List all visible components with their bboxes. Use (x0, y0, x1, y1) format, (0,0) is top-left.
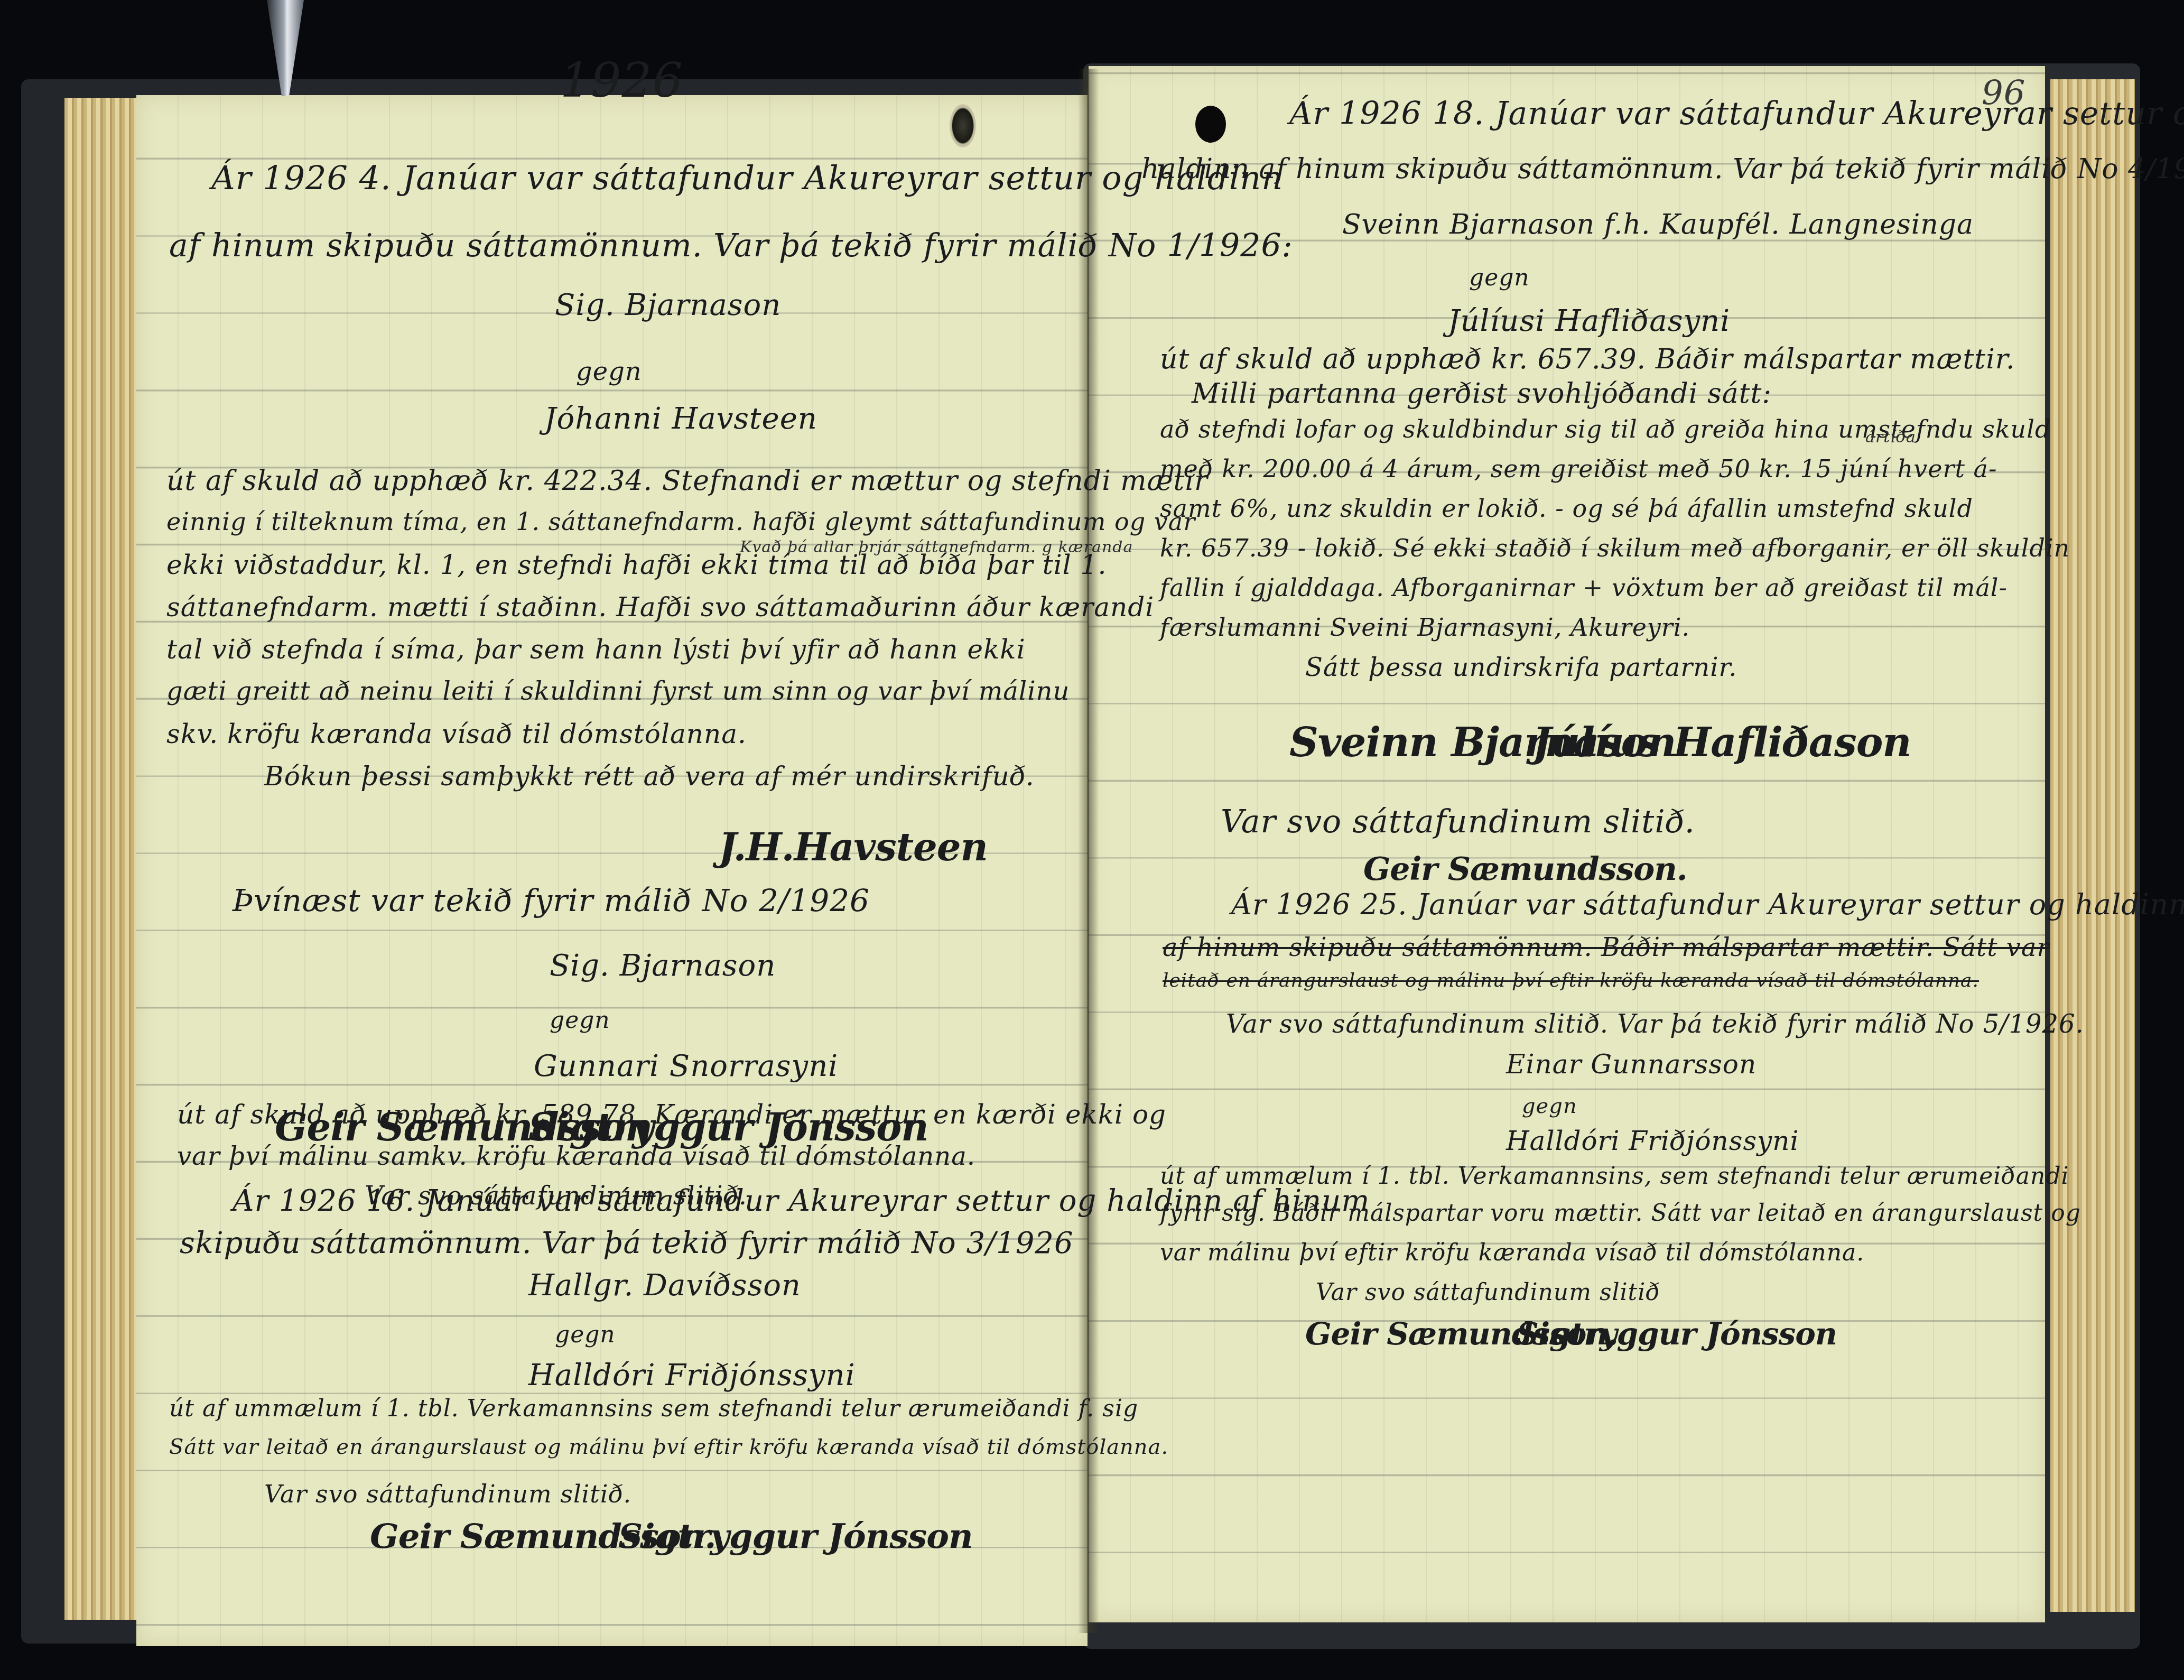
entry4-body: fallin í gjalddaga. Afborganirnar + vöxt… (1160, 573, 2008, 602)
entry4-plaintiff: Sveinn Bjarnason f.h. Kaupfél. Langnesin… (1342, 209, 1974, 240)
entry5-body: var málinu því eftir kröfu kæranda vísað… (1160, 1239, 1864, 1266)
entry1-line: af hinum skipuðu sáttamönnum. Var þá tek… (169, 227, 1293, 264)
entry1-defendant: Jóhanni Havsteen (544, 402, 817, 436)
entry2-line: Þvínæst var tekið fyrir málið No 2/1926 (233, 883, 870, 918)
entry5-line: Var svo sáttafundinum slitið. Var þá tek… (1226, 1009, 2084, 1039)
entry4-body: Sátt þessa undirskrifa partarnir. (1305, 653, 1737, 682)
right-page (1089, 66, 2045, 1622)
entry5-line: af hinum skipuðu sáttamönnum. Báðir máls… (1163, 933, 2050, 962)
entry4-body: samt 6%, unz skuldin er lokið. - og sé þ… (1160, 494, 1973, 523)
entry5-line-struck: leitað en árangurslaust og málinu því ef… (1163, 970, 1979, 991)
entry1-plaintiff: Sig. Bjarnason (555, 288, 781, 322)
entry4-body: færslumanni Sveini Bjarnasyni, Akureyri. (1160, 613, 1690, 642)
entry3-line-text: skipuðu sáttamönnum. Var þá tekið fyrir … (180, 1226, 1074, 1260)
entry1-body: sáttanefndarm. mætti í staðinn. Hafði sv… (166, 592, 1154, 623)
entry4-signature-defendant: Júlíus Hafliðason (1532, 719, 1911, 766)
year-heading: 1926 (560, 53, 683, 108)
entry5-versus: gegn (1522, 1094, 1577, 1118)
entry1-line: Ár 1926 4. Janúar var sáttafundur Akurey… (211, 159, 1283, 197)
entry2-plaintiff: Sig. Bjarnason (550, 949, 776, 983)
entry3-signature-member: Sigtryggur Jónsson (618, 1517, 973, 1556)
entry3-defendant: Halldóri Friðjónssyni (528, 1358, 856, 1393)
entry3-body: Sátt var leitað en árangurslaust og máli… (169, 1435, 1168, 1459)
entry1-body: út af skuld að upphæð kr. 422.34. Stefna… (166, 465, 1208, 497)
entry4-insertion: ártíða (1865, 428, 1916, 447)
entry5-body: fyrir sig. Báðir málspartar voru mættir.… (1160, 1200, 2081, 1227)
entry1-body: Bókun þessi samþykkt rétt að vera af mér… (264, 761, 1035, 792)
punch-hole-left (950, 104, 976, 147)
entry2-signature-member: Sigtryggur Jónsson (528, 1104, 928, 1149)
entry4-line: haldinn af hinum skipuðu sáttamönnum. Va… (1141, 153, 2184, 185)
entry3-line: skipuðu sáttamönnum. Var þá tekið fyrir … (180, 1226, 1074, 1260)
entry4-closing-signature: Geir Sæmundsson. (1363, 851, 1687, 888)
entry4-versus: gegn (1469, 264, 1530, 291)
entry3-versus: gegn (555, 1321, 616, 1348)
entry4-closing: Var svo sáttafundinum slitið. (1221, 803, 1695, 840)
entry5-line: Ár 1926 25. Janúar var sáttafundur Akure… (1231, 888, 2184, 921)
entry1-body: gæti greitt að neinu leiti í skuldinni f… (166, 676, 1070, 706)
entry4-body: Milli partanna gerðist svohljóðandi sátt… (1192, 378, 1772, 410)
entry2-versus: gegn (550, 1007, 610, 1034)
entry1-versus: gegn (576, 357, 642, 386)
entry4-line: Ár 1926 18. Janúar var sáttafundur Akure… (1289, 95, 2184, 132)
entry3-body: út af ummælum í 1. tbl. Verkamannsins se… (169, 1395, 1138, 1422)
entry4-body: kr. 657.39 - lokið. Sé ekki staðið í ski… (1160, 534, 2070, 562)
entry5-defendant: Halldóri Friðjónssyni (1506, 1126, 1799, 1156)
entry1-body: tal við stefnda í síma, þar sem hann lýs… (166, 634, 1026, 665)
entry1-signature: J.H.Havsteen (719, 824, 988, 869)
entry2-defendant: Gunnari Snorrasyni (534, 1049, 838, 1083)
entry5-body: Var svo sáttafundinum slitið (1316, 1279, 1660, 1306)
entry4-body: með kr. 200.00 á 4 árum, sem greiðist me… (1160, 454, 1997, 483)
entry1-insertion: Kvað þá allar þrjár sáttanefndarm. g kær… (740, 538, 1133, 556)
entry3-body: Var svo sáttafundinum slitið. (264, 1480, 631, 1508)
entry5-signature-member: Sigtryggur Jónsson (1517, 1316, 1837, 1352)
entry4-body: út af skuld að upphæð kr. 657.39. Báðir … (1160, 344, 2015, 375)
entry4-body: að stefndi lofar og skuldbindur sig til … (1160, 415, 2051, 443)
entry4-defendant: Júlíusi Hafliðasyni (1448, 304, 1730, 338)
entry5-plaintiff: Einar Gunnarsson (1506, 1049, 1757, 1080)
page-edges-right (2050, 79, 2135, 1612)
entry5-body: út af ummælum í 1. tbl. Verkamannsins, s… (1160, 1163, 2069, 1190)
entry1-body: skv. kröfu kæranda vísað til dómstólanna… (166, 719, 747, 749)
page-edges-left (64, 98, 138, 1620)
signature-text: Sigtryggur Jónsson (528, 1104, 928, 1149)
entry1-body: einnig í tilteknum tíma, en 1. sáttanefn… (166, 507, 1195, 536)
punch-hole-right (1195, 106, 1226, 143)
entry3-plaintiff: Hallgr. Davíðsson (528, 1268, 801, 1303)
entry5-line-text-struck: af hinum skipuðu sáttamönnum. Báðir máls… (1163, 933, 2050, 962)
